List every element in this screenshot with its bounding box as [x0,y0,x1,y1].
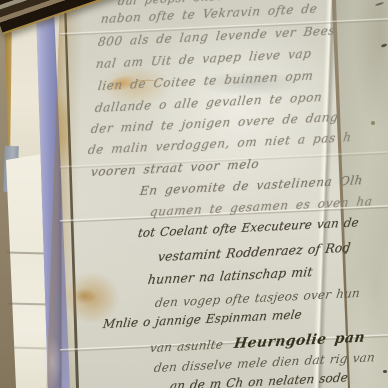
ink-speck [371,121,375,125]
ink-speck [344,251,347,254]
manuscript-line: dallande o alle gevallen te opon [94,90,323,115]
handwriting: dal peopsi onds madestes bij nabon ofte … [0,0,388,388]
manuscript-line: den vogep ofte tasjeos over hun [154,286,361,310]
manuscript-line: 800 als de lang levende ver Bees [97,23,336,49]
manuscript-line: En gevomite de vastelinena Olh [139,173,364,198]
manuscript-line: vooren straat voor melo [90,157,260,179]
manuscript-line: van asunlte [149,337,224,355]
manuscript-line: hunner na latinschap mit [147,264,313,287]
manuscript-line: tot Coelant ofte Executeure van de [137,215,360,240]
manuscript-line: vestamint Roddenraez of Rod [157,240,351,265]
manuscript-line: nal am Uit de vapep lieve vap [95,46,312,71]
manuscript-line: lien de Coitee te buinnen opm [97,68,314,93]
manuscript-line: Heurngolie pan [233,330,366,353]
manuscript-photo: dal peopsi onds madestes bij nabon ofte … [0,0,388,388]
ink-speck [383,370,387,373]
manuscript-line: Mnlie o jannige Espinman mele [102,307,303,331]
